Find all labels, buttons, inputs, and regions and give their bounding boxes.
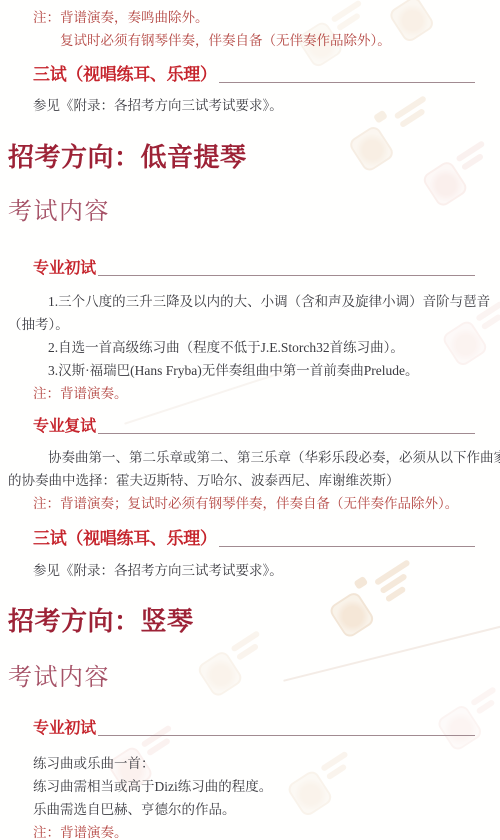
note-line: 注：背谱演奏。 xyxy=(33,382,500,405)
note-line: 注：背谱演奏；复试时必须有钢琴伴奏，伴奏自备（无伴奏作品除外）。 xyxy=(33,492,500,515)
first-round-heading-row: 专业初试 xyxy=(33,258,475,280)
section-heading: 专业初试 xyxy=(33,718,96,740)
third-round-heading-row: 三试（视唱练耳、乐理） xyxy=(33,527,475,551)
document-page: 注：背谱演奏，奏鸣曲除外。 复试时必须有钢琴伴奏，伴奏自备（无伴奏作品除外）。 … xyxy=(0,0,500,840)
body-line: 练习曲需相当或高于Dizi练习曲的程度。 xyxy=(33,775,500,798)
first-round-heading-row: 专业初试 xyxy=(33,718,475,740)
body-line: 的协奏曲中选择：霍夫迈斯特、万哈尔、波泰西尼、库谢维茨斯） xyxy=(8,469,500,492)
exam-content-heading: 考试内容 xyxy=(8,663,500,693)
direction-heading-harp: 招考方向：竖琴 xyxy=(8,604,500,638)
note-line: 注：背谱演奏，奏鸣曲除外。 xyxy=(33,6,500,29)
exam-content-heading: 考试内容 xyxy=(8,197,500,227)
document-content: 注：背谱演奏，奏鸣曲除外。 复试时必须有钢琴伴奏，伴奏自备（无伴奏作品除外）。 … xyxy=(0,0,500,840)
note-line: 复试时必须有钢琴伴奏，伴奏自备（无伴奏作品除外）。 xyxy=(60,29,500,52)
direction-heading-bass: 招考方向：低音提琴 xyxy=(8,140,500,174)
body-line: 参见《附录：各招考方向三试考试要求》。 xyxy=(33,94,500,117)
heading-rule xyxy=(98,275,475,276)
body-line: 2.自选一首高级练习曲（程度不低于J.E.Storch32首练习曲）。 xyxy=(48,336,500,359)
body-line: （抽考）。 xyxy=(8,313,500,336)
heading-rule xyxy=(219,546,475,547)
body-line: 乐曲需选自巴赫、亨德尔的作品。 xyxy=(33,798,500,821)
third-exam-heading-row: 三试（视唱练耳、乐理） xyxy=(33,63,475,87)
body-line: 3.汉斯·福瑞巴(Hans Fryba)无伴奏组曲中第一首前奏曲Prelude。 xyxy=(48,359,500,382)
body-line: 练习曲或乐曲一首： xyxy=(33,752,500,775)
heading-rule xyxy=(98,735,475,736)
body-line: 1.三个八度的三升三降及以内的大、小调（含和声及旋律小调）音阶与琶音 xyxy=(48,290,500,313)
note-line: 注：背谱演奏。 xyxy=(33,821,500,840)
body-line: 参见《附录：各招考方向三试考试要求》。 xyxy=(33,559,500,582)
section-heading: 专业初试 xyxy=(33,258,96,280)
section-heading: 专业复试 xyxy=(33,416,96,438)
section-heading: 三试（视唱练耳、乐理） xyxy=(33,527,217,551)
heading-rule xyxy=(219,82,475,83)
heading-rule xyxy=(98,433,475,434)
section-heading: 三试（视唱练耳、乐理） xyxy=(33,63,217,87)
body-line: 协奏曲第一、第二乐章或第二、第三乐章（华彩乐段必奏，必须从以下作曲家 xyxy=(48,446,500,469)
second-round-heading-row: 专业复试 xyxy=(33,416,475,438)
